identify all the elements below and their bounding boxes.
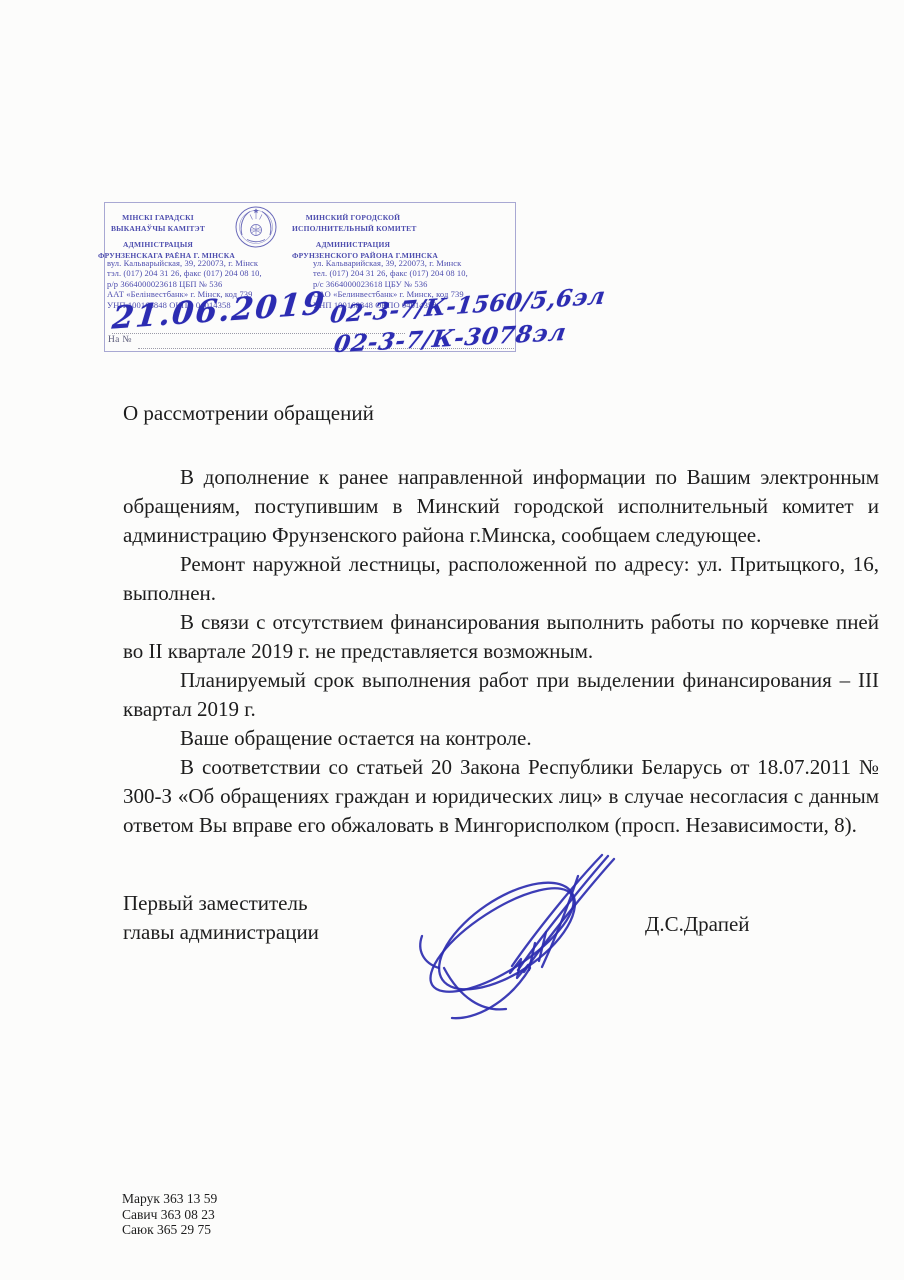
address-line: вул. Кальварыйская, 39, 220073, г. Мінск	[107, 258, 305, 268]
org-line: ИСПОЛНИТЕЛЬНЫЙ КОМИТЕТ	[292, 223, 414, 234]
signer-position: Первый заместитель главы администрации	[123, 889, 319, 947]
contact-line: Марук 363 13 59	[122, 1191, 217, 1207]
paragraph: Планируемый срок выполнения работ при вы…	[123, 666, 879, 724]
org-line: АДМИНИСТРАЦИЯ	[292, 239, 414, 250]
letterhead-org-russian: МИНСКИЙ ГОРОДСКОЙ ИСПОЛНИТЕЛЬНЫЙ КОМИТЕТ…	[292, 212, 414, 261]
letter-subject: О рассмотрении обращений	[123, 401, 374, 426]
org-line: МИНСКИЙ ГОРОДСКОЙ	[292, 212, 414, 223]
signer-name: Д.С.Драпей	[645, 912, 750, 937]
signer-position-line2: главы администрации	[123, 918, 319, 947]
handwritten-signature	[410, 846, 630, 1026]
paragraph: Ваше обращение остается на контроле.	[123, 724, 879, 753]
address-line: ул. Кальварийская, 39, 220073, г. Минск	[313, 258, 513, 268]
letter-body: В дополнение к ранее направленной информ…	[123, 463, 879, 840]
belarus-coat-of-arms-icon	[234, 205, 278, 249]
contact-line: Саюк 365 29 75	[122, 1222, 217, 1238]
contact-line: Савич 363 08 23	[122, 1207, 217, 1223]
org-line: ВЫКАНАЎЧЫ КАМІТЭТ	[98, 223, 218, 234]
org-line: АДМІНІСТРАЦЫЯ	[98, 239, 218, 250]
address-line: р/р 3664000023618 ЦБП № 536	[107, 279, 305, 289]
letterhead-org-belarusian: МІНСКІ ГАРАДСКІ ВЫКАНАЎЧЫ КАМІТЭТ АДМІНІ…	[98, 212, 218, 261]
address-line: тэл. (017) 204 31 26, факс (017) 204 08 …	[107, 268, 305, 278]
paragraph: Ремонт наружной лестницы, расположенной …	[123, 550, 879, 608]
executor-contacts: Марук 363 13 59 Савич 363 08 23 Саюк 365…	[122, 1191, 217, 1238]
scanned-letter-page: МІНСКІ ГАРАДСКІ ВЫКАНАЎЧЫ КАМІТЭТ АДМІНІ…	[0, 0, 904, 1280]
org-line: МІНСКІ ГАРАДСКІ	[98, 212, 218, 223]
address-line: тел. (017) 204 31 26, факс (017) 204 08 …	[313, 268, 513, 278]
paragraph: В связи с отсутствием финансирования вып…	[123, 608, 879, 666]
star-glyph	[253, 208, 258, 213]
signer-position-line1: Первый заместитель	[123, 889, 319, 918]
paragraph: В дополнение к ранее направленной информ…	[123, 463, 879, 550]
paragraph: В соответствии со статьей 20 Закона Респ…	[123, 753, 879, 840]
address-line: р/с 3664000023618 ЦБУ № 536	[313, 279, 513, 289]
